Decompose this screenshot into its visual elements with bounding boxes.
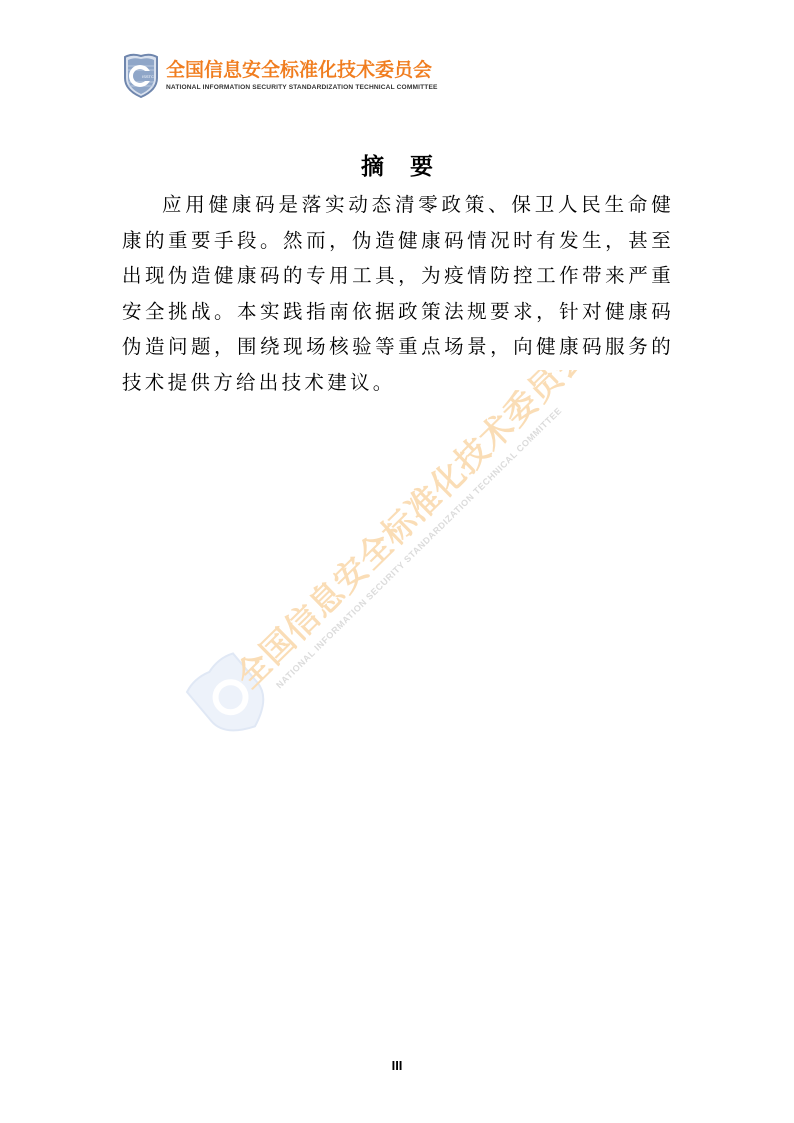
watermark-shield-icon [185,651,278,746]
watermark: 全国信息安全标准化技术委员会 NATIONAL INFORMATION SECU… [175,370,615,790]
org-name-cn: 全国信息安全标准化技术委员会 [166,58,438,82]
page-header: ISSTC 全国信息安全标准化技术委员会 NATIONAL INFORMATIO… [122,50,438,100]
org-name-en: NATIONAL INFORMATION SECURITY STANDARDIZ… [166,83,438,93]
page-title: 摘要 [0,148,794,181]
watermark-text-en: NATIONAL INFORMATION SECURITY STANDARDIZ… [274,405,564,690]
page-number: III [0,1058,794,1073]
svg-text:ISSTC: ISSTC [142,74,154,79]
abstract-paragraph: 应用健康码是落实动态清零政策、保卫人民生命健康的重要手段。然而，伪造健康码情况时… [122,187,674,400]
watermark-text-cn: 全国信息安全标准化技术委员会 [228,370,595,696]
tc260-shield-logo-icon: ISSTC [122,52,160,98]
